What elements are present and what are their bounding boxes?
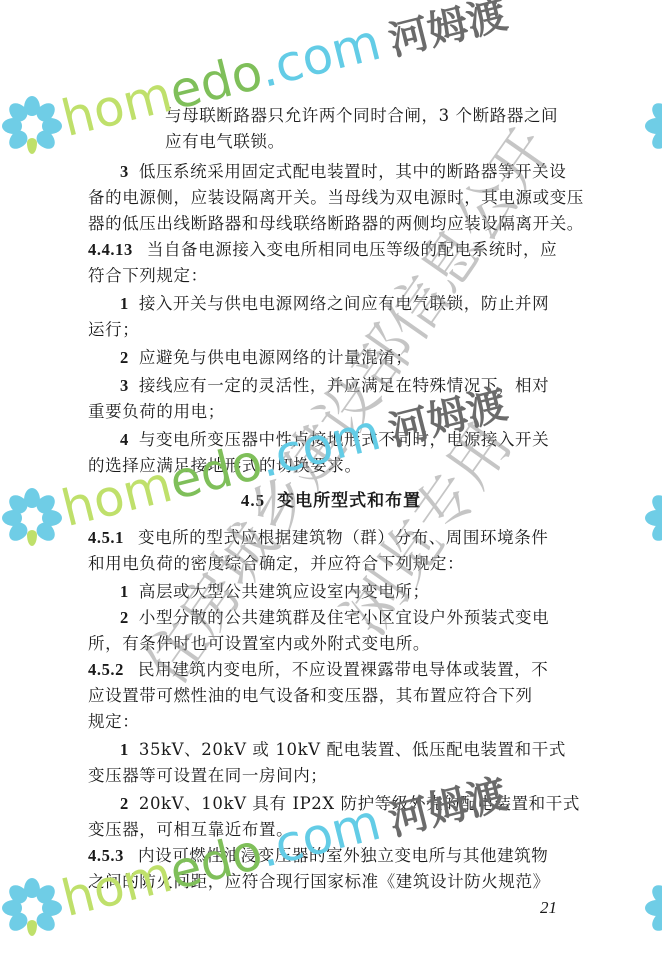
text-line: 运行； xyxy=(88,320,578,340)
page-number: 21 xyxy=(540,898,557,918)
item-number: 1 xyxy=(120,582,129,601)
text-line: 之间的防火间距，应符合现行国家标准《建筑设计防火规范》 xyxy=(88,872,578,892)
item-number: 1 xyxy=(120,294,129,313)
clause-number: 4.5.1 xyxy=(88,528,124,547)
item-number: 2 xyxy=(120,348,129,367)
text-line: 与母联断路器只允许两个同时合闸，3 个断路器之间 xyxy=(165,106,655,126)
item-number: 2 xyxy=(120,608,129,627)
line-text: 符合下列规定： xyxy=(88,266,208,285)
flower-logo-icon xyxy=(645,490,662,550)
item-number: 4 xyxy=(120,430,129,449)
clause-line: 4.5.3内设可燃性油浸变压器的室外独立变电所与其他建筑物 xyxy=(88,846,578,866)
line-text: 重要负荷的用电； xyxy=(88,402,225,421)
flower-logo-icon xyxy=(2,490,62,550)
text-line: 变压器，可相互靠近布置。 xyxy=(88,820,578,840)
clause-line: 4.5.1变电所的型式应根据建筑物（群）分布、周围环境条件 xyxy=(88,528,578,548)
line-text: 应有电气联锁。 xyxy=(165,132,285,151)
line-text: 接入开关与供电电源网络之间应有电气联锁，防止并网 xyxy=(139,294,549,313)
text-line: 和用电负荷的密度综合确定，并应符合下列规定： xyxy=(88,554,578,574)
item-number: 3 xyxy=(120,162,129,181)
line-text: 运行； xyxy=(88,320,139,339)
clause-number: 4.5.3 xyxy=(88,846,124,865)
line-text: 变压器，可相互靠近布置。 xyxy=(88,820,293,839)
text-line: 变压器等可设置在同一房间内； xyxy=(88,766,578,786)
clause-number: 4.5.2 xyxy=(88,660,124,679)
text-line: 应有电气联锁。 xyxy=(165,132,655,152)
flower-logo-icon xyxy=(2,880,62,940)
line-text: 规定： xyxy=(88,712,139,731)
line-text: 35kV、20kV 或 10kV 配电装置、低压配电装置和干式 xyxy=(139,740,566,759)
text-line: 应设置带可燃性油的电气设备和变压器，其布置应符合下列 xyxy=(88,686,578,706)
line-text: 内设可燃性油浸变压器的室外独立变电所与其他建筑物 xyxy=(138,846,548,865)
item-number: 2 xyxy=(120,794,129,813)
line-text: 之间的防火间距，应符合现行国家标准《建筑设计防火规范》 xyxy=(88,872,550,891)
item-number: 1 xyxy=(120,740,129,759)
clause-number: 4.4.13 xyxy=(88,240,133,259)
line-text: 变压器等可设置在同一房间内； xyxy=(88,766,327,785)
line-text: 20kV、10kV 具有 IP2X 防护等级外壳的配电装置和干式 xyxy=(139,794,580,813)
item-number: 3 xyxy=(120,376,129,395)
flower-logo-icon xyxy=(645,98,662,158)
text-line: 符合下列规定： xyxy=(88,266,578,286)
list-item-line: 135kV、20kV 或 10kV 配电装置、低压配电装置和干式 xyxy=(120,740,610,760)
flower-logo-icon xyxy=(645,880,662,940)
flower-logo-icon xyxy=(2,98,62,158)
line-text: 应设置带可燃性油的电气设备和变压器，其布置应符合下列 xyxy=(88,686,533,705)
text-line: 规定： xyxy=(88,712,578,732)
list-item-line: 220kV、10kV 具有 IP2X 防护等级外壳的配电装置和干式 xyxy=(120,794,610,814)
